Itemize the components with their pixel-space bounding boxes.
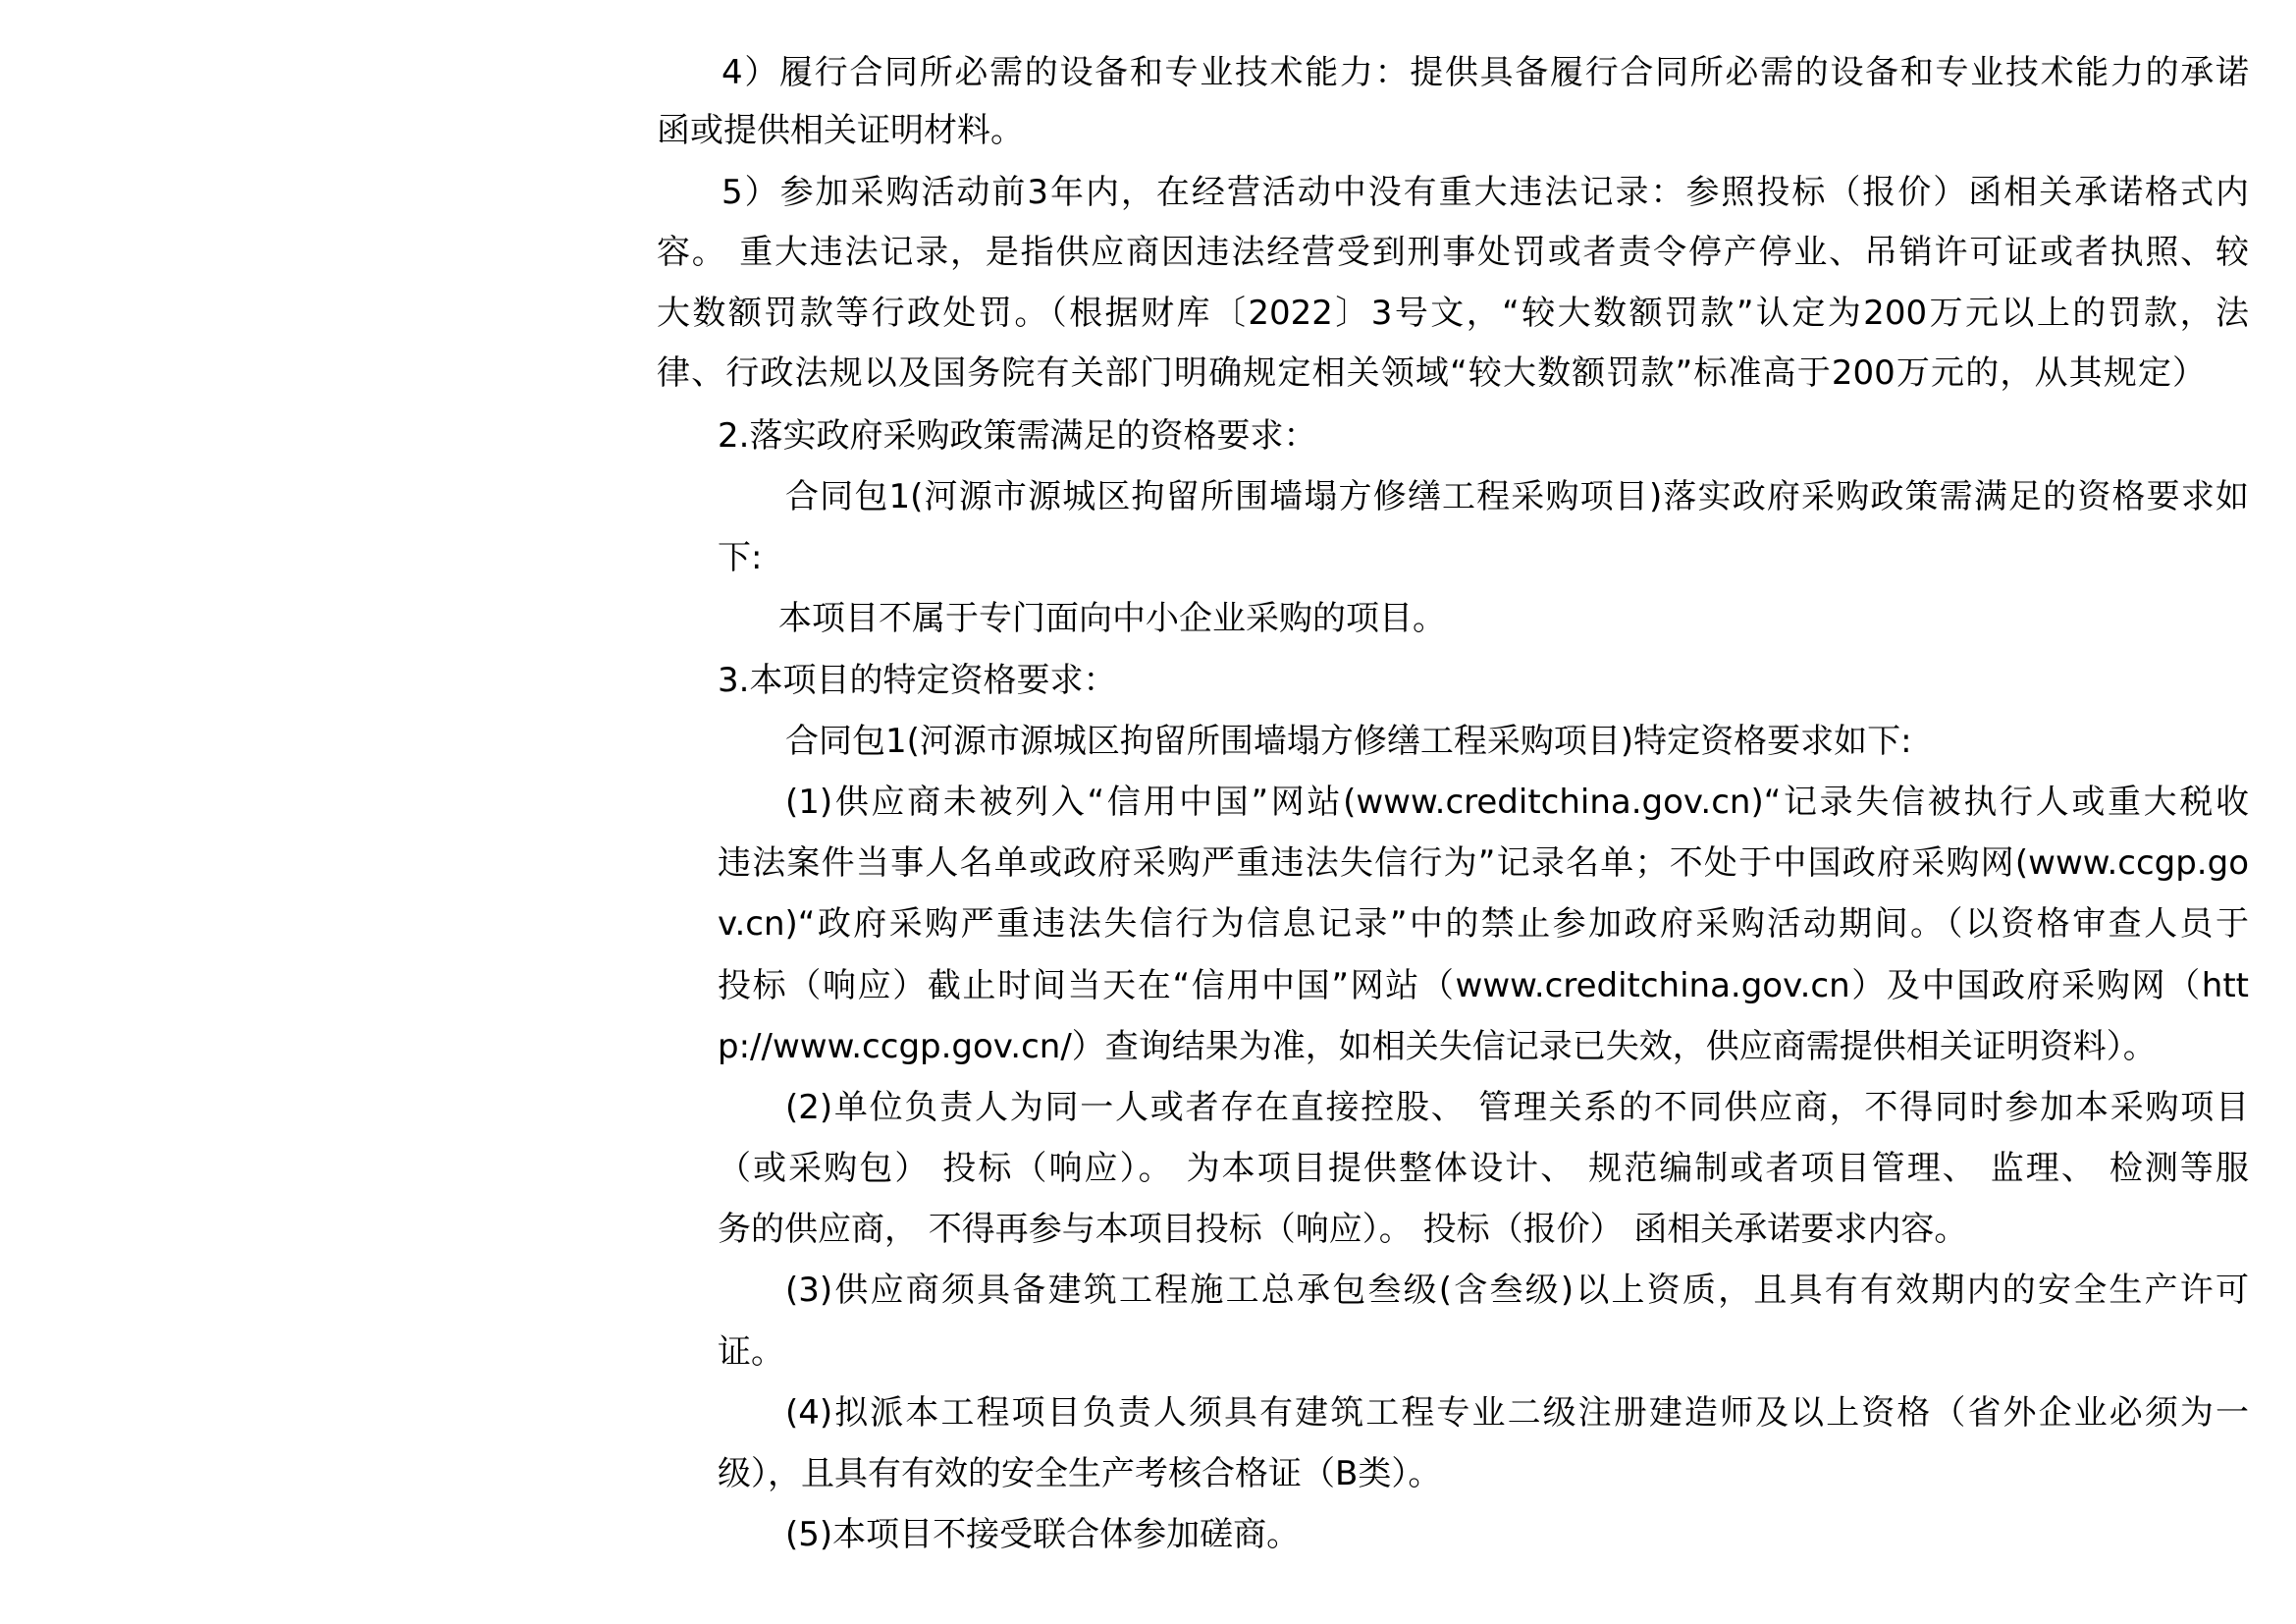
- req-3-line-2: 证。: [718, 1332, 784, 1372]
- section-2-line-1: 合同包1(河源市源城区拘留所围墙塌方修缮工程采购项目)落实政府采购政策需满足的资…: [785, 477, 2249, 516]
- req-2-line-3: 务的供应商， 不得再参与本项目投标（响应）。 投标（报价） 函相关承诺要求内容。: [718, 1210, 1967, 1249]
- section-3-intro: 合同包1(河源市源城区拘留所围墙塌方修缮工程采购项目)特定资格要求如下:: [785, 722, 1912, 761]
- section-2-heading: 2.落实政府采购政策需满足的资格要求：: [718, 416, 1316, 456]
- req-4-line-1: (4)拟派本工程项目负责人须具有建筑工程专业二级注册建造师及以上资格（省外企业必…: [785, 1393, 2249, 1433]
- req-4-line-2: 级），且具有有效的安全生产考核合格证（B类）。: [718, 1454, 1441, 1493]
- req-1-line-4: 投标（响应）截止时间当天在“信用中国”网站（www.creditchina.go…: [718, 966, 2249, 1005]
- req-1-line-2: 违法案件当事人名单或政府采购严重违法失信行为”记录名单；不处于中国政府采购网(w…: [718, 843, 2249, 883]
- item-5-line-1: 5）参加采购活动前3年内，在经营活动中没有重大违法记录：参照投标（报价）函相关承…: [721, 173, 2249, 212]
- section-2-line-2: 下:: [718, 538, 762, 577]
- req-1-line-1: (1)供应商未被列入“信用中国”网站(www.creditchina.gov.c…: [785, 783, 2249, 822]
- req-1-line-3: v.cn)“政府采购严重违法失信行为信息记录”中的禁止参加政府采购活动期间。（以…: [718, 904, 2249, 944]
- item-5-line-2: 容。 重大违法记录，是指供应商因违法经营受到刑事处罚或者责令停产停业、吊销许可证…: [657, 233, 2249, 272]
- document-page: 4）履行合同所必需的设备和专业技术能力：提供具备履行合同所必需的设备和专业技术能…: [0, 0, 2296, 1624]
- item-4-line-1: 4）履行合同所必需的设备和专业技术能力：提供具备履行合同所必需的设备和专业技术能…: [721, 53, 2249, 92]
- section-3-heading: 3.本项目的特定资格要求：: [718, 661, 1116, 700]
- item-4-line-2: 函或提供相关证明材料。: [657, 111, 1024, 150]
- req-5-line-1: (5)本项目不接受联合体参加磋商。: [785, 1515, 1300, 1554]
- req-2-line-1: (2)单位负责人为同一人或者存在直接控股、 管理关系的不同供应商，不得同时参加本…: [785, 1088, 2249, 1127]
- item-5-line-4: 律、行政法规以及国务院有关部门明确规定相关领域“较大数额罚款”标准高于200万元…: [657, 353, 2206, 393]
- req-2-line-2: （或采购包） 投标（响应）。 为本项目提供整体设计、 规范编制或者项目管理、 监…: [718, 1149, 2249, 1188]
- req-3-line-1: (3)供应商须具备建筑工程施工总承包叁级(含叁级)以上资质，且具有有效期内的安全…: [785, 1271, 2249, 1310]
- req-1-line-5: p://www.ccgp.gov.cn/）查询结果为准，如相关失信记录已失效，供…: [718, 1027, 2157, 1066]
- section-2-note: 本项目不属于专门面向中小企业采购的项目。: [778, 599, 1446, 638]
- item-5-line-3: 大数额罚款等行政处罚。（根据财库〔2022〕3号文，“较大数额罚款”认定为200…: [657, 294, 2249, 333]
